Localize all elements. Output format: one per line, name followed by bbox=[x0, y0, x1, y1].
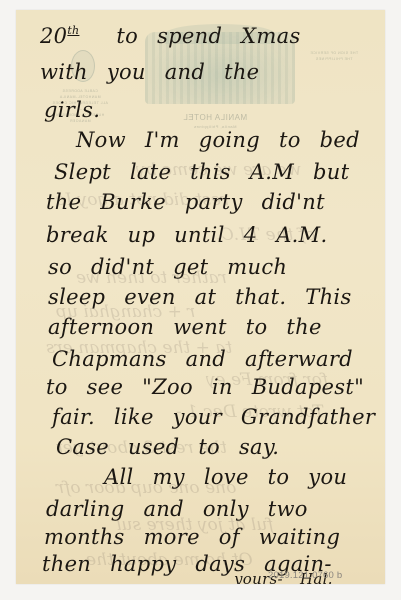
letterhead-left-line: THE SIGN OF SERVICE bbox=[299, 50, 369, 56]
letter-line-10: afternoon went to the bbox=[48, 315, 322, 339]
letter-line-6: the Burke party did'nt bbox=[46, 190, 325, 214]
letter-line-8: so did'nt get much bbox=[48, 255, 287, 279]
letter-line-5: Slept late this A.M but bbox=[54, 160, 349, 184]
letter-paper: MANILA HOTEL Manila, Philippines THE SIG… bbox=[16, 10, 385, 584]
line-text: to spend Xmas bbox=[116, 24, 300, 48]
letter-line-12: to see "Zoo in Budapest" bbox=[46, 375, 364, 399]
letter-line-13: fair. like your Grandfather bbox=[52, 405, 375, 429]
letter-line-9: sleep even at that. This bbox=[48, 285, 352, 309]
letter-line-7: break up until 4 A.M. bbox=[46, 223, 327, 247]
letterhead-left-text: THE SIGN OF SERVICE THE PHILIPPINES bbox=[299, 50, 369, 62]
letter-line-3: girls. bbox=[44, 98, 100, 122]
letter-line-16: darling and only two bbox=[46, 497, 308, 521]
letterhead-right-line: CABLE ADDRESS bbox=[40, 88, 120, 94]
letterhead-left-line: THE PHILIPPINES bbox=[299, 56, 369, 62]
letter-line-2: with you and the bbox=[40, 60, 259, 84]
ordinal-suffix: th bbox=[67, 24, 79, 37]
catalog-number: 2019.121.0760 b bbox=[268, 570, 342, 581]
letter-line-1: 20th to spend Xmas bbox=[40, 24, 301, 48]
letter-line-14: Case used to say. bbox=[56, 435, 279, 459]
scan-page: MANILA HOTEL Manila, Philippines THE SIG… bbox=[0, 0, 401, 600]
letter-line-4: Now I'm going to bed bbox=[76, 128, 360, 152]
letter-line-17: months more of waiting bbox=[44, 525, 340, 549]
letter-line-15: All my love to you bbox=[104, 465, 347, 489]
line-text: 20 bbox=[40, 24, 67, 48]
letterhead-hotel-name: MANILA HOTEL bbox=[165, 113, 265, 122]
letter-line-11: Chapmans and afterward bbox=[52, 347, 353, 371]
